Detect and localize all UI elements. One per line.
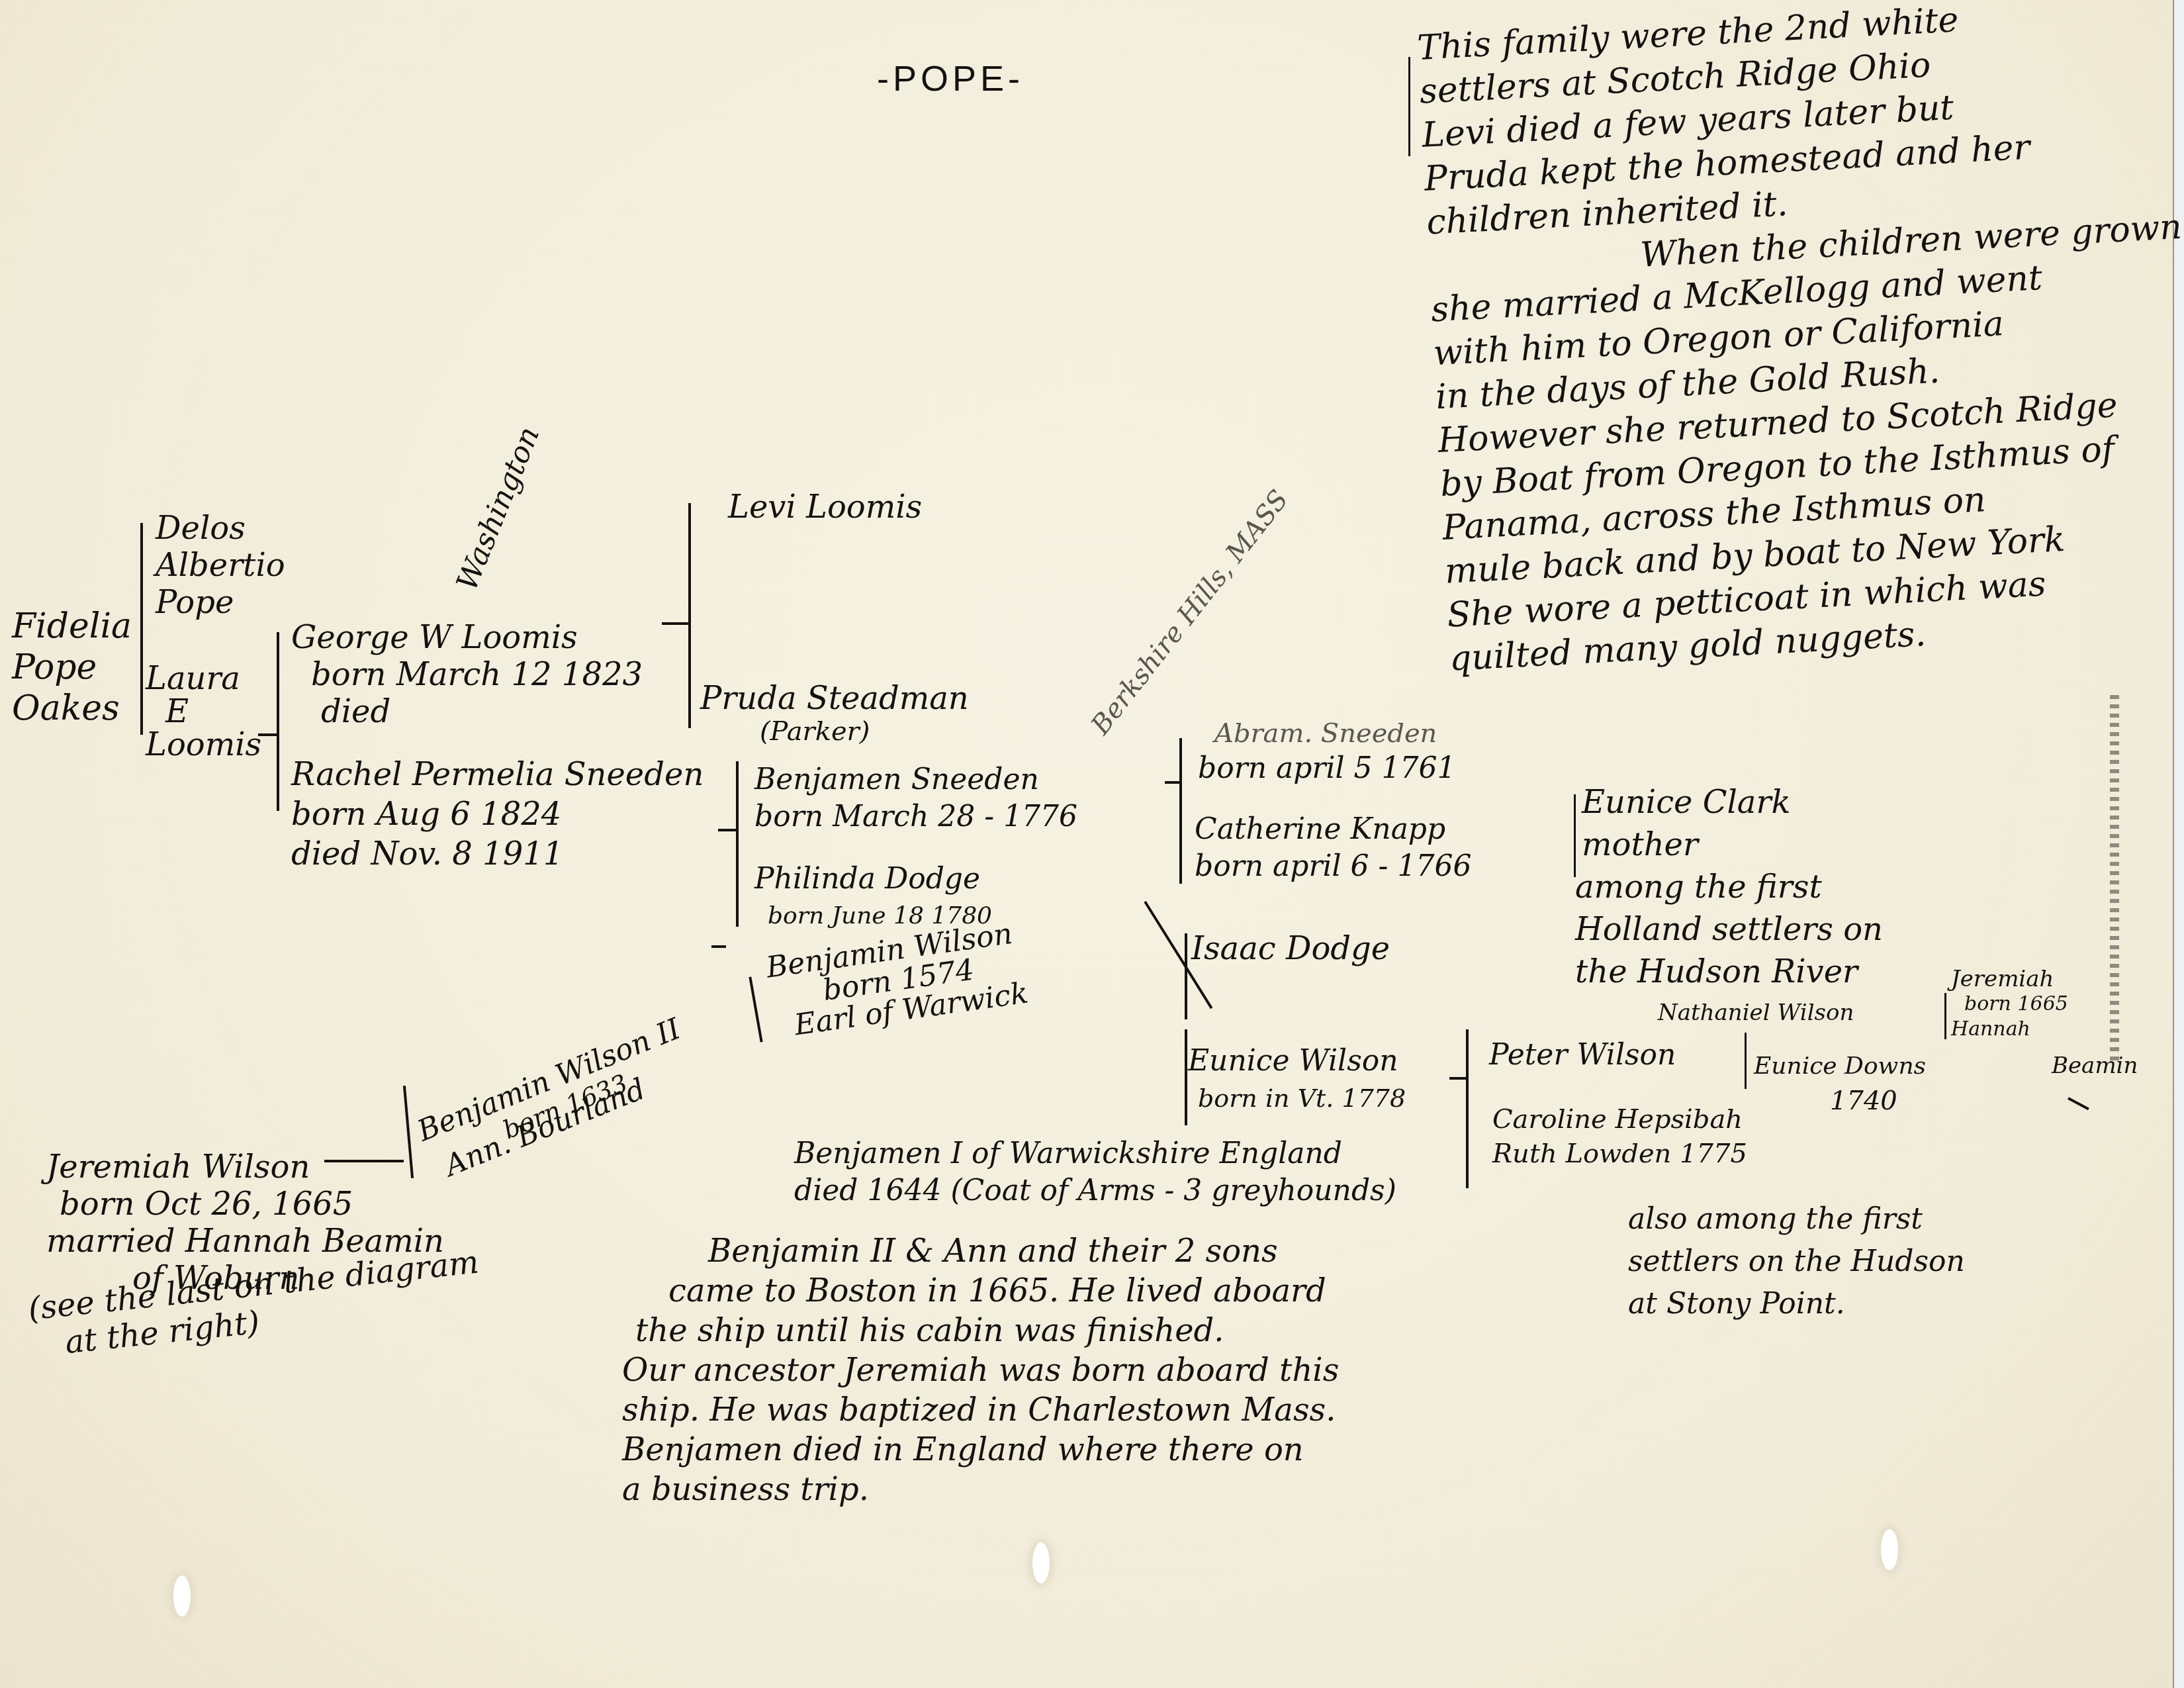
name: Pruda Steadman	[700, 682, 969, 715]
note-benjamen-i: Benjamen I of Warwickshire England died …	[794, 1135, 1396, 1209]
connector-rachel	[718, 829, 738, 831]
name: Catherine Knapp	[1195, 811, 1471, 848]
binder-hole	[1032, 1542, 1050, 1583]
person-jeremiah-small: Jeremiah born 1665 Hannah	[1951, 966, 2068, 1042]
death-date: died	[291, 693, 643, 730]
person-benjamen-sneeden: Benjamen Sneeden born March 28 - 1776	[754, 761, 1077, 835]
person-abram-sneeden: Abram. Sneeden	[1214, 718, 1437, 749]
annotation-berkshire-hills: Berkshire Hills, MASS	[1085, 485, 1295, 741]
person-caroline-hepsibah: Caroline Hepsibah Ruth Lowden 1775	[1492, 1102, 1747, 1171]
name: Jeremiah Wilson	[46, 1149, 444, 1186]
birth-date: born Oct 26, 1665	[46, 1186, 444, 1223]
person-eunice-downs: Eunice Downs	[1754, 1053, 1926, 1080]
document-page: -POPE- This family were the 2nd white se…	[0, 0, 2174, 1688]
note-line: the Hudson River	[1575, 951, 1883, 993]
note-line: died 1644 (Coat of Arms - 3 greyhounds)	[794, 1172, 1396, 1209]
person-eunice-clark: Eunice Clark mother among the first Holl…	[1575, 781, 1883, 993]
note-line: at Stony Point.	[1628, 1283, 1965, 1325]
birth-date: born March 12 1823	[291, 656, 643, 693]
bracket-laura-parents	[277, 632, 279, 811]
connector-stroke	[2068, 1097, 2089, 1110]
name-line: Laura	[146, 662, 261, 695]
bracket-peter-wilson-parents	[1745, 1033, 1747, 1089]
name: Philinda Dodge	[754, 861, 992, 898]
name: George W Loomis	[291, 619, 643, 656]
note-line: settlers on the Hudson	[1628, 1241, 1965, 1283]
connector-jeremiah	[324, 1160, 404, 1162]
note-line: mother	[1575, 823, 1883, 866]
person-delos-albertio-pope: Delos Albertio Pope	[156, 510, 285, 621]
person-fidelia-pope-oakes: Fidelia Pope Oakes	[12, 606, 132, 729]
name: Eunice Wilson	[1188, 1043, 1406, 1080]
birth-date: Ruth Lowden 1775	[1492, 1137, 1747, 1171]
bracket-eunice-wilson	[1185, 1029, 1187, 1125]
spouse: Hannah	[1951, 1017, 2068, 1042]
person-catherine-knapp: Catherine Knapp born april 6 - 1766	[1195, 811, 1471, 885]
note-voyage: Benjamin II & Ann and their 2 sons came …	[622, 1231, 1339, 1509]
bracket-benjamen-sneeden-parents	[1179, 738, 1182, 884]
person-laura-e-loomis: Laura E Loomis	[146, 662, 261, 761]
note-line: among the first	[1575, 866, 1883, 908]
person-pruda-steadman: Pruda Steadman (Parker)	[700, 682, 969, 748]
note-stony-point: also among the first settlers on the Hud…	[1628, 1198, 1965, 1325]
note-line: came to Boston in 1665. He lived aboard	[622, 1271, 1339, 1311]
name: Rachel Permelia Sneeden	[291, 755, 704, 794]
bracket-george-parents	[688, 503, 691, 728]
note-line: Our ancestor Jeremiah was born aboard th…	[622, 1350, 1339, 1390]
connector-eunice-wilson	[1449, 1077, 1466, 1080]
birth-date: born Aug 6 1824	[291, 794, 704, 834]
name-line: Albertio	[156, 547, 285, 584]
name-line: E	[146, 695, 261, 728]
connector-benjamen-sneeden	[1165, 781, 1179, 784]
person-benjamin-wilson-earl: Benjamin Wilson born 1574 Earl of Warwic…	[764, 917, 1030, 1043]
person-levi-loomis: Levi Loomis	[728, 489, 922, 526]
binder-hole	[1881, 1529, 1898, 1570]
name-line: Pope	[12, 647, 132, 688]
note-line: the ship until his cabin was finished.	[622, 1311, 1339, 1350]
narrative-top-right: This family were the 2nd white settlers …	[1416, 0, 2184, 681]
name-line: Pope	[156, 584, 285, 621]
person-peter-wilson: Peter Wilson	[1489, 1038, 1676, 1072]
page-title: -POPE-	[877, 58, 1024, 101]
person-isaac-dodge: Isaac Dodge	[1191, 930, 1390, 968]
note-line: ship. He was baptized in Charlestown Mas…	[622, 1390, 1339, 1430]
name-line: Oakes	[12, 688, 132, 729]
birth-date: born in Vt. 1778	[1188, 1080, 1406, 1117]
bracket-fidelia-parents	[140, 523, 143, 735]
bracket-benjamin-ii-parents	[749, 976, 762, 1042]
eunice-downs-side-name: Beamin	[2052, 1053, 2138, 1079]
note-line: also among the first	[1628, 1198, 1965, 1241]
note-line: Benjamen I of Warwickshire England	[794, 1135, 1396, 1172]
name: Jeremiah	[1951, 966, 2068, 992]
birth-date: born March 28 - 1776	[754, 798, 1077, 835]
name-line: Delos	[156, 510, 285, 547]
note-line: Benjamin II & Ann and their 2 sons	[622, 1231, 1339, 1271]
person-nathaniel-wilson: Nathaniel Wilson	[1658, 1000, 1854, 1026]
bracket-philinda-parents	[1185, 933, 1187, 1019]
person-george-w-loomis: George W Loomis born March 12 1823 died	[291, 619, 643, 730]
connector-laura	[258, 733, 278, 736]
bracket-nathaniel-parents	[1944, 993, 1946, 1039]
abram-birth-date: born april 5 1761	[1198, 751, 1456, 786]
name-line: Fidelia	[12, 606, 132, 647]
birth-date: born april 6 - 1766	[1195, 848, 1471, 885]
note-line: Holland settlers on	[1575, 908, 1883, 951]
name-line: Loomis	[146, 728, 261, 761]
connector-george	[662, 622, 688, 625]
binder-hole	[173, 1575, 191, 1617]
person-rachel-permelia-sneeden: Rachel Permelia Sneeden born Aug 6 1824 …	[291, 755, 704, 874]
birth-date: born 1665	[1951, 992, 2068, 1017]
connector-dash	[711, 945, 726, 948]
eunice-downs-year: 1740	[1830, 1086, 1897, 1117]
name: Eunice Clark	[1575, 781, 1883, 823]
name: Benjamen Sneeden	[754, 761, 1077, 798]
note-line: Benjamen died in England where there on	[622, 1430, 1339, 1470]
narrative-margin-line	[1408, 57, 1410, 156]
offset-print-mark	[2110, 695, 2119, 1066]
annotation-washington: Washington	[450, 422, 547, 595]
person-eunice-wilson: Eunice Wilson born in Vt. 1778	[1188, 1043, 1406, 1117]
bracket-eunice-wilson-parents	[1466, 1029, 1469, 1188]
bracket-rachel-parents	[736, 761, 739, 927]
name: Caroline Hepsibah	[1492, 1102, 1747, 1137]
note-line: a business trip.	[622, 1470, 1339, 1509]
death-date: died Nov. 8 1911	[291, 834, 704, 874]
maiden-name: (Parker)	[700, 715, 969, 748]
